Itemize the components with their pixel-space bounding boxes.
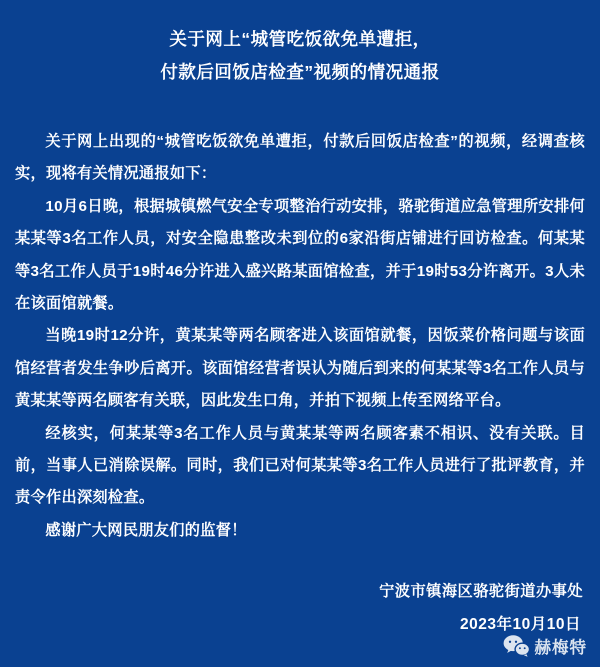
watermark: 赫梅特: [503, 634, 588, 658]
notice-title-line2: 付款后回饭店检查”视频的情况通报: [45, 56, 555, 89]
notice-body: 关于网上出现的“城管吃饭欲免单遭拒，付款后回饭店检查”的视频，经调查核实，现将有…: [15, 126, 585, 547]
notice-paragraph: 感谢广大网民朋友们的监督！: [15, 515, 585, 547]
notice-title: 关于网上“城管吃饭欲免单遭拒， 付款后回饭店检查”视频的情况通报: [45, 23, 555, 89]
notice-date: 2023年10月10日: [15, 609, 585, 641]
watermark-label: 赫梅特: [535, 634, 588, 658]
wechat-icon: [503, 635, 530, 657]
notice-paragraph: 10月6日晚，根据城镇燃气安全专项整治行动安排，骆驼街道应急管理所安排何某某等3…: [15, 191, 585, 321]
notice-page: 关于网上“城管吃饭欲免单遭拒， 付款后回饭店检查”视频的情况通报 关于网上出现的…: [0, 0, 600, 667]
notice-paragraph: 当晚19时12分许，黄某某等两名顾客进入该面馆就餐，因饭菜价格问题与该面馆经营者…: [15, 320, 585, 417]
notice-paragraph: 关于网上出现的“城管吃饭欲免单遭拒，付款后回饭店检查”的视频，经调查核实，现将有…: [15, 126, 585, 191]
signature: 宁波市镇海区骆驼街道办事处: [15, 576, 585, 608]
notice-paragraph: 经核实，何某某等3名工作人员与黄某某等两名顾客素不相识、没有关联。目前，当事人已…: [15, 418, 585, 515]
notice-title-line1: 关于网上“城管吃饭欲免单遭拒，: [45, 23, 555, 56]
